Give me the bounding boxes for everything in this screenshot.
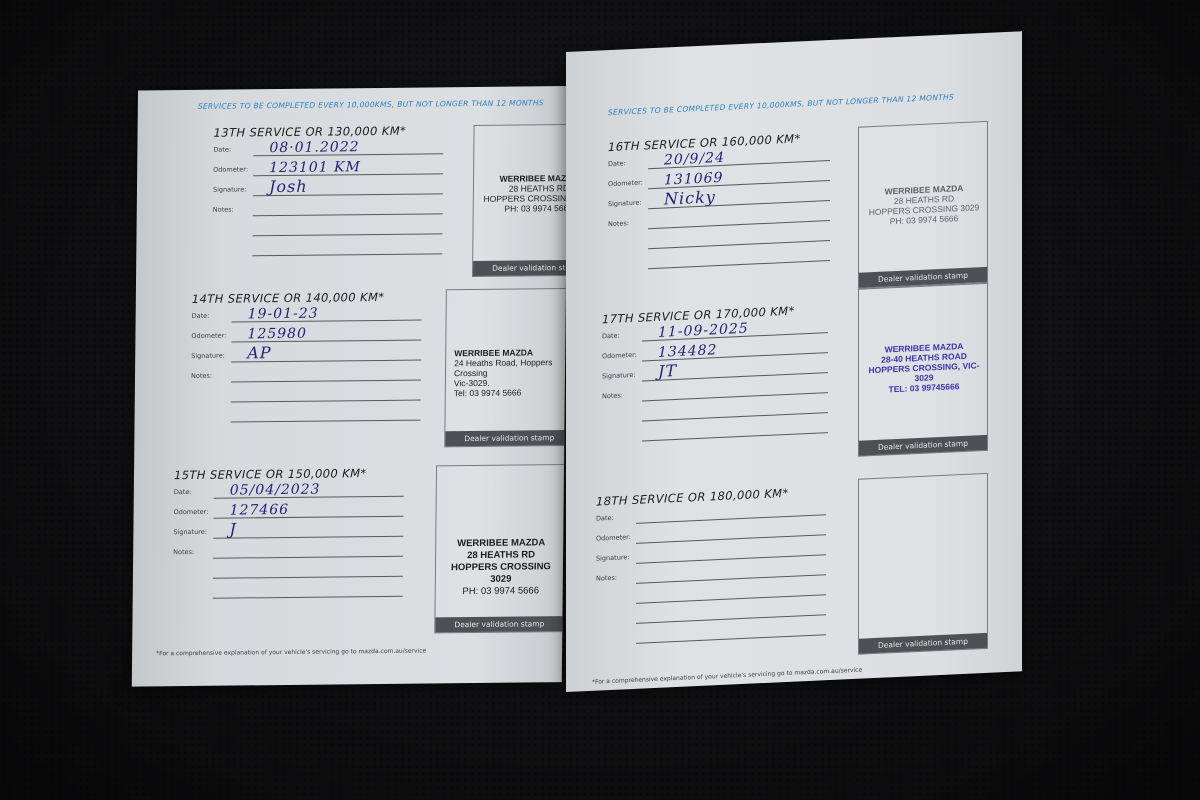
odometer-value: 127466 — [230, 502, 290, 519]
dealer-stamp-box: WERRIBEE MAZDA28 HEATHS RDHOPPERS CROSSI… — [434, 464, 566, 633]
service-entry-16: 16TH SERVICE OR 160,000 KM* Date:20/9/24… — [608, 123, 978, 274]
dealer-stamp-box: WERRIBEE MAZDA24 Heaths Road, Hoppers Cr… — [444, 288, 568, 447]
stamp-footer-label: Dealer validation stamp — [435, 616, 563, 632]
date-value: 08·01.2022 — [269, 139, 359, 156]
dealer-stamp: WERRIBEE MAZDA28-40 HEATHS ROADHOPPERS C… — [865, 340, 983, 395]
notes-label: Notes: — [213, 206, 234, 214]
dealer-stamp-box: WERRIBEE MAZDA28-40 HEATHS ROADHOPPERS C… — [858, 283, 988, 457]
odometer-label: Odometer: — [596, 533, 631, 543]
signature-value: JT — [658, 361, 677, 381]
date-label: Date: — [192, 312, 210, 320]
date-label: Date: — [174, 488, 192, 496]
stamp-footer-label: Dealer validation stamp — [859, 435, 987, 456]
stamp-footer-label: Dealer validation stamp — [859, 633, 987, 654]
odometer-label: Odometer: — [602, 351, 637, 361]
date-label: Date: — [602, 332, 620, 341]
signature-label: Signature: — [173, 528, 207, 536]
footnote: *For a comprehensive explanation of your… — [156, 648, 426, 658]
stamp-footer-label: Dealer validation stamp — [473, 260, 568, 276]
notes-label: Notes: — [608, 219, 629, 228]
stamp-footer-label: Dealer validation stamp — [445, 430, 568, 446]
odometer-label: Odometer: — [191, 332, 226, 340]
signature-value: AP — [247, 343, 272, 362]
notes-label: Notes: — [596, 574, 617, 583]
dealer-stamp-box-empty: Dealer validation stamp — [858, 473, 988, 655]
odometer-label: Odometer: — [213, 165, 248, 173]
date-value: 19-01-23 — [248, 306, 319, 323]
odometer-value: 131069 — [664, 170, 723, 189]
dealer-stamp: WERRIBEE MAZDA24 Heaths Road, Hoppers Cr… — [454, 347, 568, 398]
date-label: Date: — [596, 514, 614, 523]
signature-value: J — [229, 519, 237, 538]
service-entry-13: 13TH SERVICE OR 130,000 KM* Date:08·01.2… — [212, 122, 568, 260]
service-entry-18: 18TH SERVICE OR 180,000 KM* Date: Odomet… — [596, 477, 980, 648]
signature-label: Signature: — [602, 371, 636, 381]
dealer-stamp-box: WERRIBEE MAZDA28 HEATHS RDHOPPERS CROSSI… — [858, 121, 988, 289]
odometer-label: Odometer: — [174, 508, 209, 516]
dealer-stamp: WERRIBEE MAZDA28 HEATHS RDHOPPERS CROSSI… — [480, 173, 568, 214]
date-value: 20/9/24 — [664, 150, 725, 169]
signature-label: Signature: — [213, 185, 247, 193]
service-entry-15: 15TH SERVICE OR 150,000 KM* Date:05/04/2… — [173, 464, 554, 602]
notes-label: Notes: — [602, 391, 623, 400]
service-interval-banner: Services to be completed every 10,000kms… — [198, 98, 544, 111]
signature-value: Nicky — [664, 187, 716, 208]
service-interval-banner: Services to be completed every 10,000kms… — [608, 92, 954, 117]
odometer-value: 125980 — [247, 326, 307, 343]
odometer-label: Odometer: — [608, 179, 643, 189]
dealer-stamp: WERRIBEE MAZDA28 HEATHS RDHOPPERS CROSSI… — [442, 537, 561, 598]
date-value: 11-09-2025 — [658, 321, 749, 341]
date-label: Date: — [213, 146, 231, 154]
dealer-stamp: WERRIBEE MAZDA28 HEATHS RDHOPPERS CROSSI… — [865, 182, 983, 227]
signature-label: Signature: — [608, 199, 642, 209]
notes-label: Notes: — [173, 548, 194, 556]
signature-label: Signature: — [191, 352, 225, 360]
odometer-value: 123101 KM — [269, 159, 361, 176]
dealer-stamp-box: WERRIBEE MAZDA28 HEATHS RDHOPPERS CROSSI… — [472, 124, 568, 277]
booklet-right-page: Services to be completed every 10,000kms… — [566, 31, 1022, 692]
booklet-left-page: Services to be completed every 10,000kms… — [132, 86, 568, 687]
odometer-value: 134482 — [658, 342, 717, 361]
service-entry-17: 17TH SERVICE OR 170,000 KM* Date:11-09-2… — [602, 295, 978, 446]
signature-label: Signature: — [596, 553, 630, 563]
notes-label: Notes: — [191, 372, 212, 380]
service-entry-14: 14TH SERVICE OR 140,000 KM* Date:19-01-2… — [191, 288, 568, 426]
date-label: Date: — [608, 159, 626, 168]
signature-value: Josh — [269, 177, 308, 196]
date-value: 05/04/2023 — [230, 482, 321, 499]
